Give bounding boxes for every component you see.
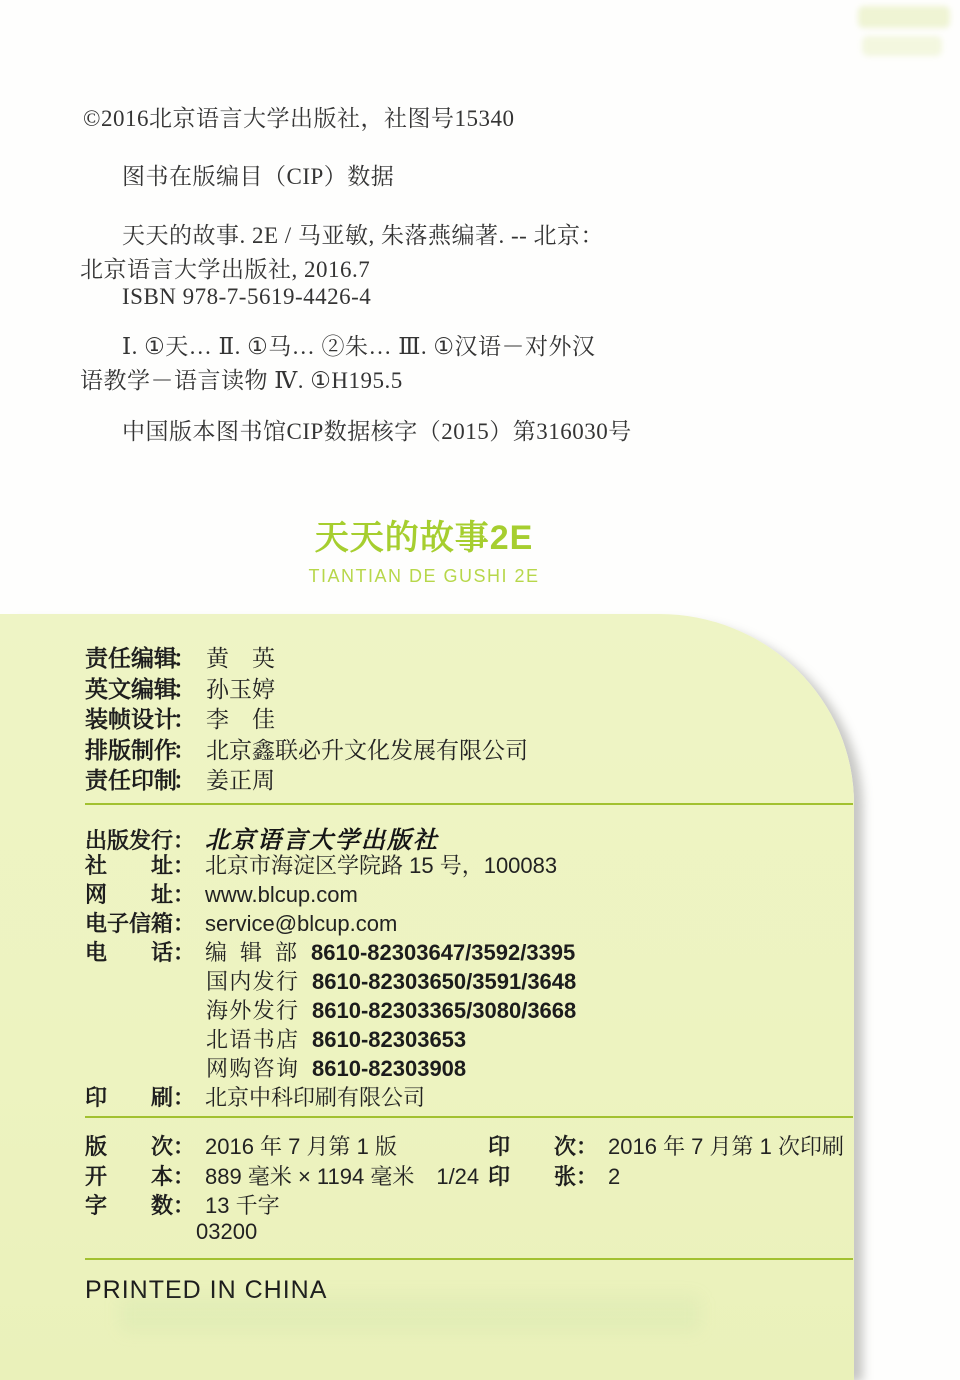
credit-label: 责任编辑 [85,640,173,673]
bleedthrough-artifact [120,1296,700,1332]
edition-label: 字数 [85,1189,173,1220]
separator-line [85,1258,853,1260]
phone-dept: 国内发行 [206,965,298,996]
address-row: 社址： 北京市海淀区学院路 15 号，100083 [85,849,576,878]
printer-row: 印刷： 北京中科印刷有限公司 [85,1081,576,1110]
edition-value: 2 [608,1164,620,1190]
phone-number: 8610-82303647/3592/3395 [311,940,575,966]
edition-right-column: 印次： 2016 年 7 月第 1 次印刷 印张： 2 [488,1130,844,1189]
label-colon: ： [173,732,196,765]
edition-value: 889 毫米 × 1194 毫米 1/24 [205,1160,479,1191]
phone-number: 8610-82303650/3591/3648 [312,969,576,995]
label-colon: ： [173,762,196,795]
isbn-line: ISBN 978-7-5619-4426-4 [122,284,371,310]
printer-value: 北京中科印刷有限公司 [205,1081,425,1112]
edition-value: 2016 年 7 月第 1 版 [205,1130,397,1161]
label-colon: ： [576,1130,598,1161]
credit-value: 姜正周 [206,762,275,795]
phone-dept: 北语书店 [206,1023,298,1054]
credit-value: 李 佳 [206,701,275,734]
edition-row: 开本： 889 毫米 × 1194 毫米 1/24 [85,1160,479,1190]
phone-row: 海外发行 8610-82303365/3080/3668 [85,994,576,1023]
website-row: 网址： www.blcup.com [85,878,576,907]
stock-code: 03200 [196,1219,257,1245]
credit-row: 责任印制： 姜正周 [85,762,528,793]
classification-line-1: Ⅰ. ①天… Ⅱ. ①马… ②朱… Ⅲ. ①汉语－对外汉 [122,328,596,361]
separator-line [85,1116,853,1118]
phone-number: 8610-82303908 [312,1056,466,1082]
credit-row: 英文编辑： 孙玉婷 [85,671,528,702]
publisher-row: 出版发行： 北京语言大学出版社 [85,820,576,849]
phone-row: 国内发行 8610-82303650/3591/3648 [85,965,576,994]
edition-left-column: 版次： 2016 年 7 月第 1 版 开本： 889 毫米 × 1194 毫米… [85,1130,479,1248]
credit-value: 孙玉婷 [206,671,275,704]
label-colon: ： [173,671,196,704]
address-value: 北京市海淀区学院路 15 号，100083 [205,849,557,880]
copyright-line: ©2016北京语言大学出版社，社图号15340 [83,100,514,133]
phone-dept: 编辑部 [205,936,297,967]
credit-label: 装帧设计 [85,701,173,734]
edition-label: 版次 [85,1130,173,1161]
label-colon: ： [173,878,195,909]
edition-row: 版次： 2016 年 7 月第 1 版 [85,1130,479,1160]
cip-entry-line-1: 天天的故事. 2E / 马亚敏, 朱落燕编著. -- 北京： [122,217,604,250]
label-colon: ： [173,907,195,938]
edition-label: 印次 [488,1130,576,1161]
address-label: 社址 [85,849,173,880]
credit-label: 排版制作 [85,732,173,765]
cip-heading: 图书在版编目（CIP）数据 [122,158,394,191]
label-colon: ： [173,936,195,967]
label-colon: ： [173,1160,195,1191]
publisher-block: 出版发行： 北京语言大学出版社 社址： 北京市海淀区学院路 15 号，10008… [85,820,576,1110]
credit-value: 北京鑫联必升文化发展有限公司 [206,732,528,765]
phone-row: 电话： 编辑部 8610-82303647/3592/3395 [85,936,576,965]
edition-label: 印张 [488,1160,576,1191]
edition-row: 印次： 2016 年 7 月第 1 次印刷 [488,1130,844,1160]
separator-line [85,803,853,805]
book-title-chinese: 天天的故事2E [0,518,848,559]
edition-value: 2016 年 7 月第 1 次印刷 [608,1130,844,1161]
stock-code-row: 03200 [85,1219,479,1249]
phone-dept: 海外发行 [206,994,298,1025]
bleedthrough-artifact [862,36,942,56]
credit-row: 责任编辑： 黄 英 [85,640,528,671]
label-colon: ： [576,1160,598,1191]
phone-row: 北语书店 8610-82303653 [85,1023,576,1052]
book-title-pinyin: TIANTIAN DE GUSHI 2E [0,566,848,587]
phone-number: 8610-82303653 [312,1027,466,1053]
book-title-block: 天天的故事2E TIANTIAN DE GUSHI 2E [0,518,848,587]
classification-line-2: 语教学－语言读物 Ⅳ. ①H195.5 [80,362,403,395]
website-label: 网址 [85,878,173,909]
edition-value: 13 千字 [205,1189,280,1220]
cip-record-number: 中国版本图书馆CIP数据核字（2015）第316030号 [122,413,632,446]
credits-block: 责任编辑： 黄 英 英文编辑： 孙玉婷 装帧设计： 李 佳 排版制作： 北京鑫联… [85,640,528,793]
phone-label: 电话 [85,936,173,967]
credit-row: 装帧设计： 李 佳 [85,701,528,732]
edition-label: 开本 [85,1160,173,1191]
printer-label: 印刷 [85,1081,173,1112]
credit-row: 排版制作： 北京鑫联必升文化发展有限公司 [85,732,528,763]
email-row: 电子信箱： service@blcup.com [85,907,576,936]
book-copyright-page: ©2016北京语言大学出版社，社图号15340 图书在版编目（CIP）数据 天天… [0,0,960,1380]
credit-value: 黄 英 [206,640,275,673]
email-value: service@blcup.com [205,911,397,937]
edition-row: 字数： 13 千字 [85,1189,479,1219]
label-colon: ： [173,1130,195,1161]
phone-dept: 网购咨询 [206,1052,298,1083]
label-colon: ： [173,849,195,880]
label-colon: ： [173,1081,195,1112]
phone-number: 8610-82303365/3080/3668 [312,998,576,1024]
bleedthrough-artifact [858,6,950,28]
label-colon: ： [173,640,196,673]
phone-row: 网购咨询 8610-82303908 [85,1052,576,1081]
edition-row: 印张： 2 [488,1160,844,1190]
credit-label: 责任印制 [85,762,173,795]
credit-label: 英文编辑 [85,671,173,704]
label-colon: ： [173,701,196,734]
cip-entry-line-2: 北京语言大学出版社, 2016.7 [80,251,370,284]
email-label: 电子信箱 [85,907,173,938]
label-colon: ： [173,1189,195,1220]
website-value: www.blcup.com [205,882,358,908]
